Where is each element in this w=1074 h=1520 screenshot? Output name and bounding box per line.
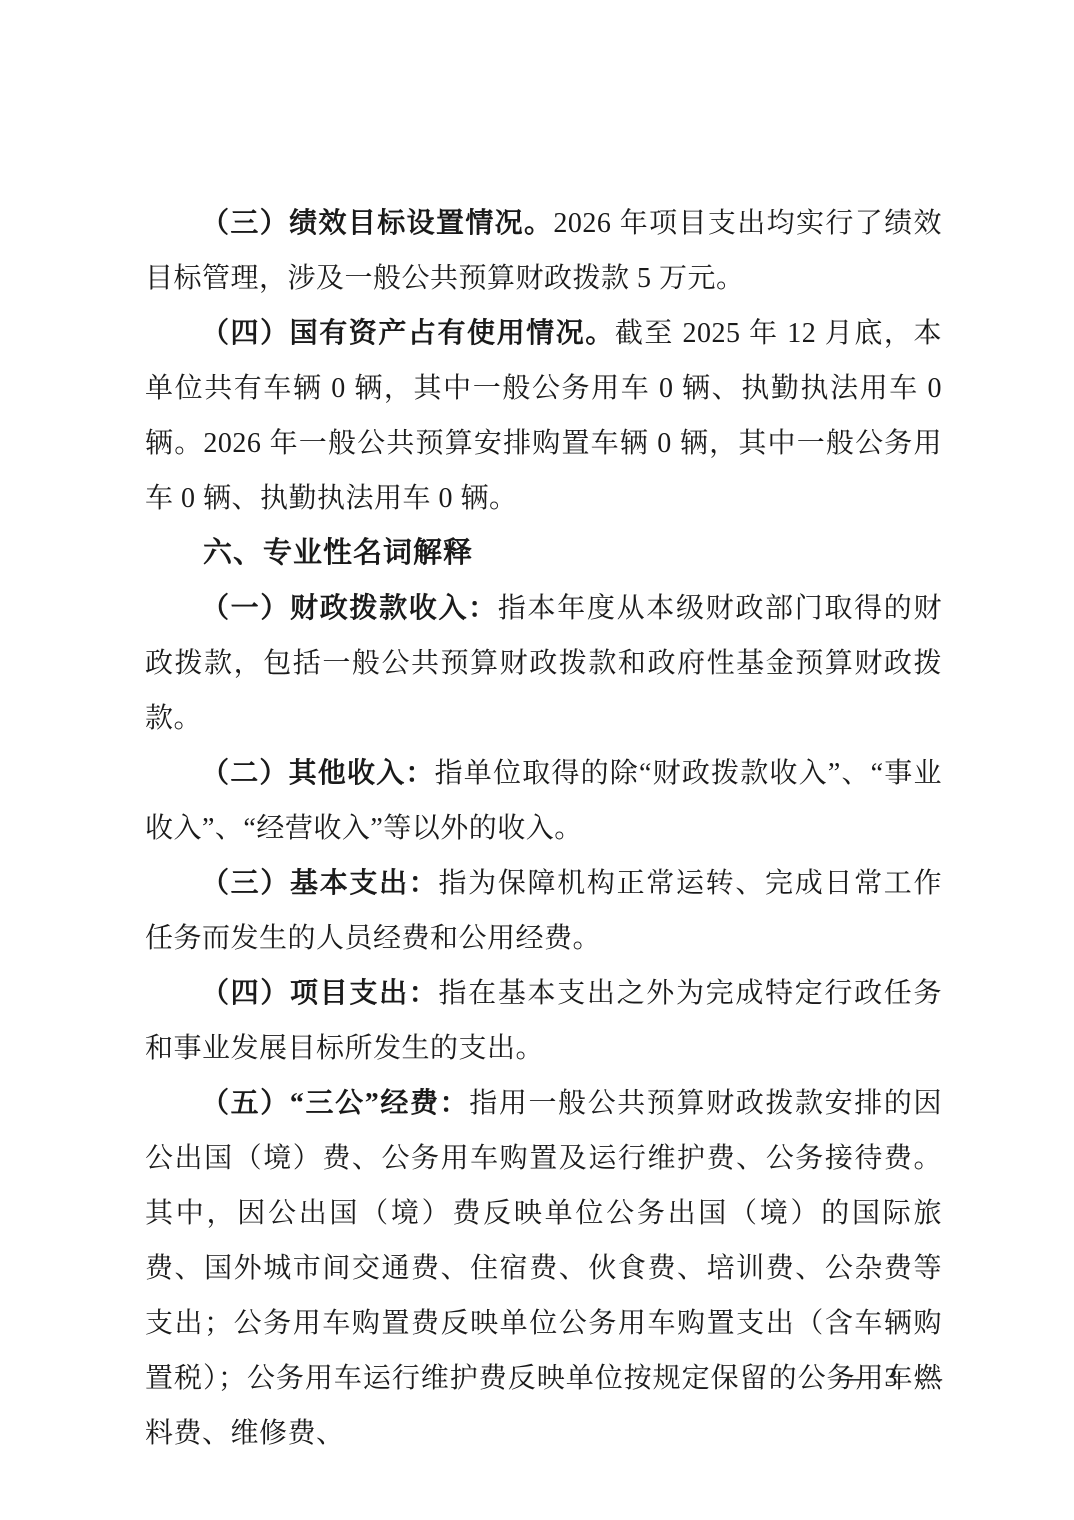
para-state-assets-usage: （四）国有资产占有使用情况。截至 2025 年 12 月底，本单位共有车辆 0 …	[145, 306, 942, 526]
para-def-basic-expenditure: （三）基本支出：指为保障机构正常运转、完成日常工作任务而发生的人员经费和公用经费…	[145, 856, 942, 966]
text-block: （三）绩效目标设置情况。2026 年项目支出均实行了绩效目标管理，涉及一般公共预…	[145, 196, 942, 1461]
paragraph-body: 指用一般公共预算财政拨款安排的因公出国（境）费、公务用车购置及运行维护费、公务接…	[145, 1088, 942, 1449]
para-def-other-income: （二）其他收入：指单位取得的除“财政拨款收入”、“事业收入”、“经营收入”等以外…	[145, 746, 942, 856]
paragraph-lead: （四）国有资产占有使用情况。	[201, 318, 615, 349]
page-number: — 3 —	[840, 1363, 944, 1393]
paragraph-lead: （四）项目支出：	[201, 978, 439, 1009]
paragraph-lead: （一）财政拨款收入：	[201, 593, 498, 624]
para-def-project-expenditure: （四）项目支出：指在基本支出之外为完成特定行政任务和事业发展目标所发生的支出。	[145, 966, 942, 1076]
paragraph-lead: （五）“三公”经费：	[201, 1088, 469, 1119]
para-performance-target-setting: （三）绩效目标设置情况。2026 年项目支出均实行了绩效目标管理，涉及一般公共预…	[145, 196, 942, 306]
paragraph-lead: （三）基本支出：	[201, 868, 439, 899]
para-def-fiscal-appropriation-income: （一）财政拨款收入：指本年度从本级财政部门取得的财政拨款，包括一般公共预算财政拨…	[145, 581, 942, 746]
paragraph-lead: （二）其他收入：	[201, 758, 435, 789]
paragraph-lead: （三）绩效目标设置情况。	[201, 208, 553, 239]
para-def-three-public-funds: （五）“三公”经费：指用一般公共预算财政拨款安排的因公出国（境）费、公务用车购置…	[145, 1076, 942, 1461]
document-page: （三）绩效目标设置情况。2026 年项目支出均实行了绩效目标管理，涉及一般公共预…	[0, 0, 1074, 1520]
section-heading-terms: 六、专业性名词解释	[145, 526, 942, 581]
